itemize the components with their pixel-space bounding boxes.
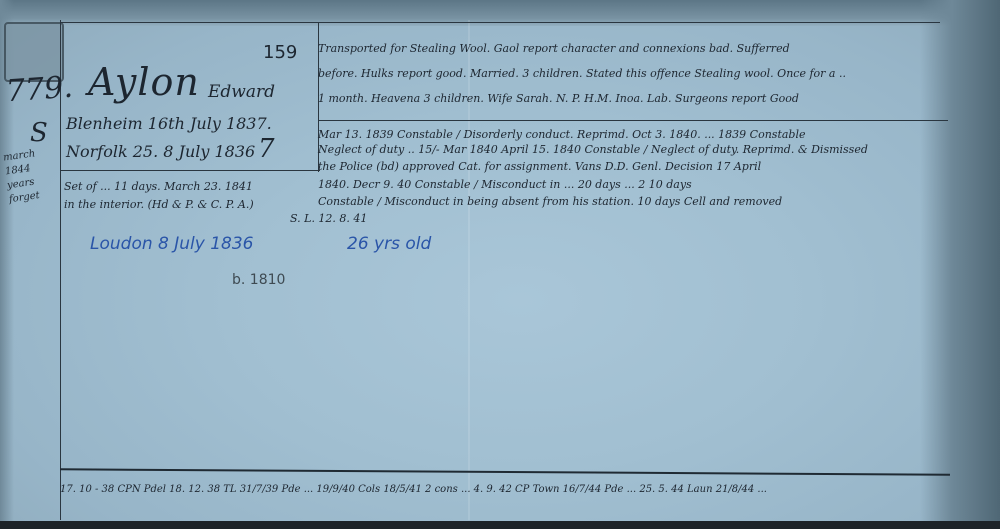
blue-annotation-age: 26 yrs old bbox=[347, 234, 431, 254]
scan-right-edge bbox=[920, 0, 1000, 529]
scan-bottom-edge bbox=[0, 521, 1000, 529]
description-line: 1 month. Heavena 3 children. Wife Sarah.… bbox=[318, 92, 799, 105]
register-number: 779. bbox=[5, 70, 74, 110]
footer-record-line: 17. 10 - 38 CPN Pdel 18. 12. 38 TL 31/7/… bbox=[60, 484, 767, 495]
margin-mark: S bbox=[30, 118, 48, 148]
description-line: before. Hulks report good. Married. 3 ch… bbox=[318, 67, 846, 80]
offence-line: S. L. 12. 8. 41 bbox=[290, 212, 367, 225]
offence-line-left: in the interior. (Hd & P. & C. P. A.) bbox=[64, 198, 254, 211]
offence-line: the Police (bd) approved Cat. for assign… bbox=[318, 160, 761, 173]
description-line: Transported for Stealing Wool. Gaol repo… bbox=[318, 42, 790, 55]
offence-line-left: Set of ... 11 days. March 23. 1841 bbox=[64, 180, 253, 193]
blue-annotation-record: Loudon 8 July 1836 bbox=[90, 234, 253, 254]
offence-line: Mar 13. 1839 Constable / Disorderly cond… bbox=[318, 128, 806, 141]
description-rule bbox=[318, 120, 948, 121]
ship-arrival: Blenheim 16th July 1837. bbox=[66, 114, 272, 133]
convict-surname: Aylon bbox=[88, 60, 200, 104]
sentence-mark: 7 bbox=[258, 134, 275, 164]
header-box-rule bbox=[60, 170, 320, 171]
margin-note: march 1844 years forget bbox=[2, 145, 59, 207]
offence-line: 1840. Decr 9. 40 Constable / Misconduct … bbox=[318, 178, 692, 191]
trial-place-date: Norfolk 25. 8 July 1836 bbox=[66, 142, 255, 161]
offence-line: Neglect of duty .. 15/- Mar 1840 April 1… bbox=[318, 143, 868, 156]
offence-line: Constable / Misconduct in being absent f… bbox=[318, 195, 782, 208]
folio-number: 159 bbox=[263, 42, 297, 63]
convict-forename: Edward bbox=[208, 82, 275, 102]
birth-year-note: b. 1810 bbox=[232, 272, 285, 288]
top-rule bbox=[60, 22, 940, 23]
